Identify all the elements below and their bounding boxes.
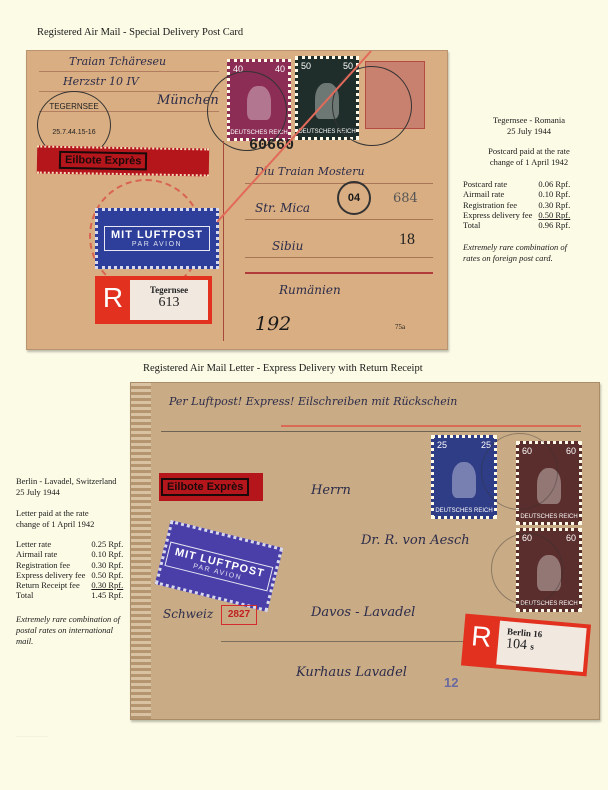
section1-date: 25 July 1944 [450,126,608,137]
rate-row: Express delivery fee0.50 Rpf. [16,570,123,580]
sender-name: Traian Tchäreseu [69,55,166,68]
number-684: 684 [393,191,418,206]
section1-route: Tegernsee - Romania [450,115,608,126]
registration-number: 104 [505,636,527,653]
rate-row: Registration fee0.30 Rpf. [463,200,570,210]
underline [281,425,581,427]
divider [221,641,471,642]
postmark [481,433,558,510]
recipient-country: Rumänien [279,283,341,297]
addr-house: Kurhaus Lavadel [296,665,407,680]
addr-salutation: Herrn [311,483,351,498]
divider [39,71,219,72]
divider [245,272,433,274]
airmail-label: MIT LUFTPOST PAR AVION [95,208,219,269]
section2-remark-2: postal rates on international [16,625,113,636]
section2-rate-table: Letter rate0.25 Rpf. Airmail rate0.10 Rp… [16,539,123,601]
section2-paid-note-2: change of 1 April 1942 [16,519,94,530]
rate-row: Return Receipt fee0.30 Rpf. [16,580,123,590]
section2-date: 25 July 1944 [16,487,60,498]
registration-number: 613 [130,295,208,311]
section2-route: Berlin - Lavadel, Switzerland [16,476,117,487]
section2-remark-3: mail. [16,636,33,647]
rate-row: Airmail rate0.10 Rpf. [16,549,123,559]
number-12: 12 [444,675,458,690]
addr-country: Schweiz [163,607,213,621]
divider [245,183,433,184]
section1-remark-2: rates on foreign post card. [463,253,553,264]
form-code: 75a [395,323,405,331]
recipient-name: Dlu Traian Mosteru [255,165,365,178]
rate-row: Express delivery fee0.50 Rpf. [463,210,570,220]
rate-total: Total0.96 Rpf. [463,220,570,230]
envelope-flap-edge [131,383,151,719]
rate-row: Letter rate0.25 Rpf. [16,539,123,549]
express-label: Eilbote Exprès [37,146,209,177]
airmail-label: MIT LUFTPOST PAR AVION [155,520,284,612]
addr-name: Dr. R. von Aesch [361,533,470,548]
header-script: Per Luftpost! Express! Eilschreiben mit … [169,395,457,408]
censor-circle: 04 [337,181,371,215]
number-192: 192 [255,313,291,335]
sender-street: Herzstr 10 IV [63,75,139,88]
section1-remark: Extremely rare combination of [463,242,567,253]
express-label: Eilbote Exprès [159,473,263,501]
censor-box: 2827 [221,605,257,625]
registration-label: R Berlin 16 104 s [461,614,591,677]
divider [245,257,433,258]
rate-row: Airmail rate0.10 Rpf. [463,189,570,199]
section1-title: Registered Air Mail - Special Delivery P… [37,27,243,38]
section2-title: Registered Air Mail Letter - Express Del… [143,363,423,374]
postmark-town: TEGERNSEE [38,102,110,111]
letter-envelope: Per Luftpost! Express! Eilschreiben mit … [130,382,600,720]
divider [161,431,581,432]
registration-city: Tegernsee [130,285,208,295]
rate-total: Total1.45 Rpf. [16,590,123,600]
section2-paid-note: Letter paid at the rate [16,508,89,519]
section1-rate-table: Postcard rate0.06 Rpf. Airmail rate0.10 … [463,179,570,230]
postmark-date: 25.7.44.15-16 [38,129,110,136]
registration-label: R Tegernsee 613 [95,276,212,324]
recipient-street: Str. Mica [255,201,310,215]
portrait-icon [452,462,476,497]
rate-row: Registration fee0.30 Rpf. [16,560,123,570]
rate-row: Postcard rate0.06 Rpf. [463,179,570,189]
recipient-city: Sibiu [272,239,303,253]
section1-paid-note-2: change of 1 April 1942 [450,157,608,168]
postmark [491,533,563,605]
footer-text: ................................ [16,733,48,738]
section2-remark: Extremely rare combination of [16,614,120,625]
postcard: Traian Tchäreseu Herzstr 10 IV München T… [26,50,448,350]
address-divider [223,141,224,341]
censor-number: 60660 [249,137,294,154]
number-18: 18 [399,231,415,249]
divider [245,219,433,220]
registration-suffix: s [530,641,534,651]
section1-paid-note: Postcard paid at the rate [450,146,608,157]
addr-town: Davos - Lavadel [311,605,415,620]
